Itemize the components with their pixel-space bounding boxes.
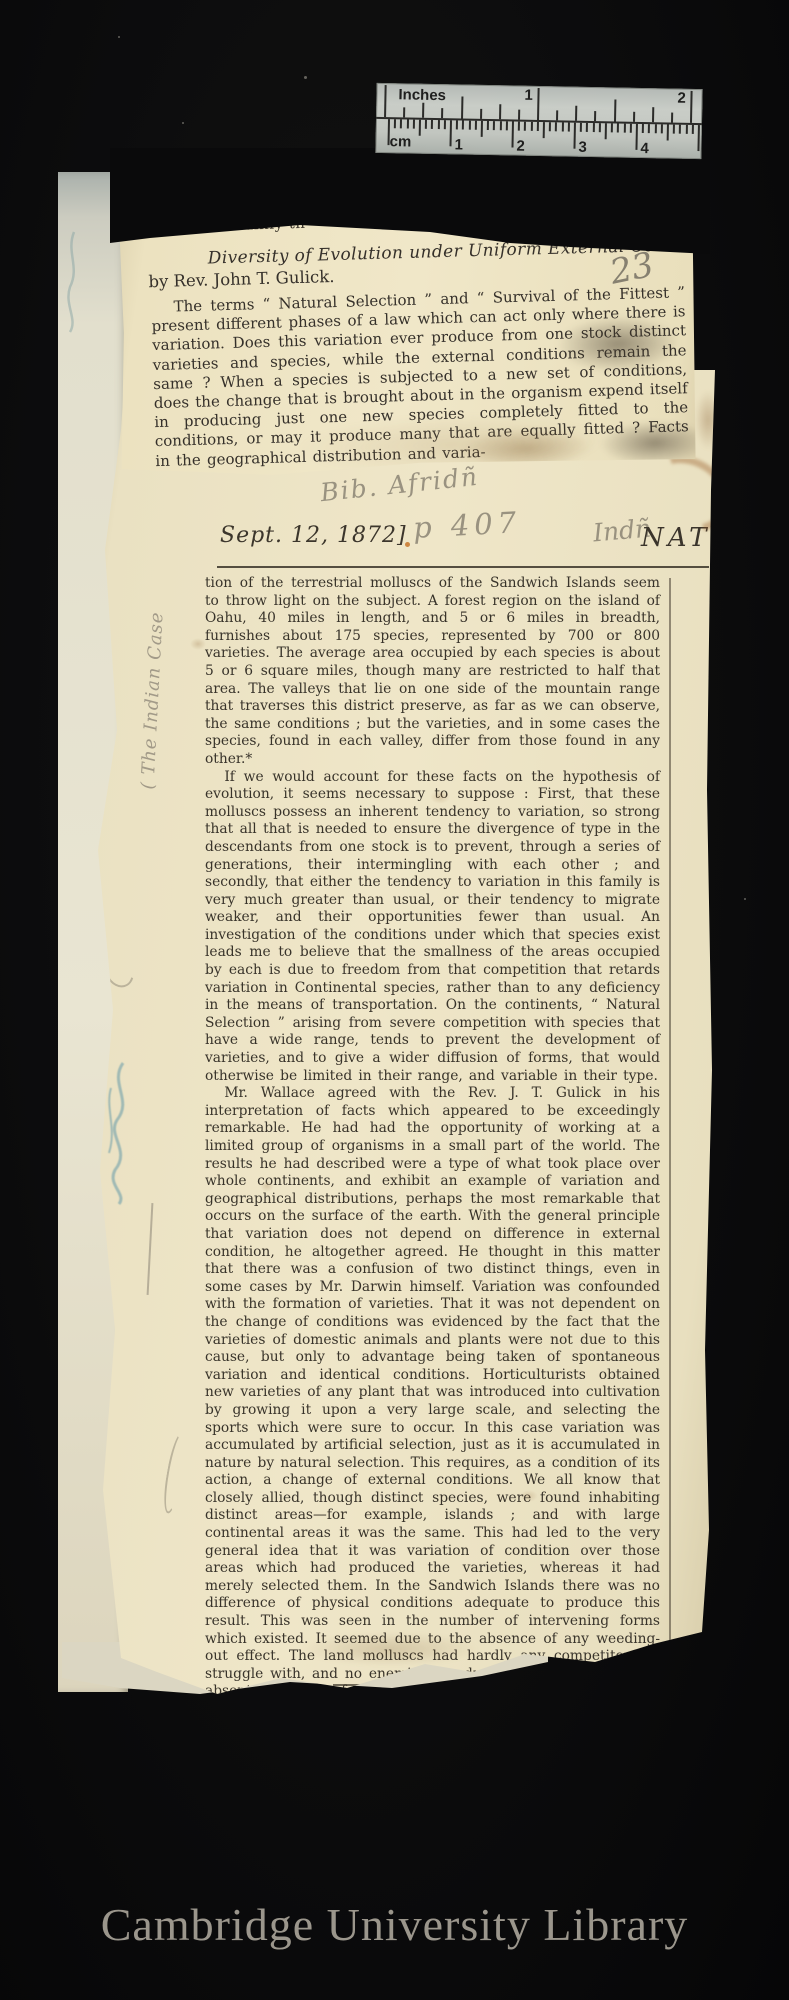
cm-tick [635,124,637,150]
cm-tick [530,122,532,131]
article-body: tion of the terrestrial molluscs of the … [205,575,660,1754]
cm-tick [661,124,663,133]
cm-tick [617,124,619,133]
cm-tick [586,123,588,132]
cm-tick [573,123,575,149]
inch-tick [537,88,540,120]
inch-tick [633,112,635,122]
ruler: Inches cm 1212345 [375,83,702,159]
pencil-page-number: p 407 [412,505,522,545]
foxing-spot [190,638,206,650]
inch-tick [614,99,616,121]
cm-tick [537,122,539,131]
inch-tick [422,103,424,118]
cm-tick [623,124,625,133]
cm-tick [580,123,582,132]
cm-tick [493,121,495,130]
inch-tick [461,96,463,118]
cm-tick [685,125,687,134]
inch-tick [594,111,596,121]
library-caption: Cambridge University Library [0,1898,789,1951]
cm-tick [642,124,644,133]
cm-number: 4 [640,140,649,157]
cm-tick [406,119,408,128]
cm-tick [599,123,601,132]
dust-speck [182,122,184,124]
dust-speck [304,76,307,79]
inch-tick [652,107,654,122]
dust-speck [118,36,120,38]
body-paragraph: If we would account for these facts on t… [205,769,660,1086]
cm-tick [413,120,415,129]
cm-tick [692,125,694,134]
cm-tick [667,124,669,140]
inch-tick [384,85,387,117]
cm-tick [431,120,433,129]
inch-tick [556,110,558,120]
header-date: Sept. 12, 1872] [220,523,407,548]
inch-tick [403,107,405,117]
cm-tick [481,121,483,137]
cm-tick [499,121,501,130]
ink-dot [405,542,410,547]
inch-tick [480,109,482,119]
body-paragraph: tion of the terrestrial molluscs of the … [205,575,660,769]
cm-tick [456,120,458,129]
cm-tick [425,120,427,129]
blue-pencil-marks [60,227,90,337]
cm-tick [524,122,526,131]
article-byline: by Rev. John T. Gulick. [148,267,335,291]
cm-tick [611,123,613,132]
cm-number: 3 [578,139,587,156]
cm-tick [400,119,402,128]
ruler-cm-label: cm [389,133,411,150]
cm-tick [630,124,632,133]
cm-tick [437,120,439,129]
cm-tick [468,121,470,130]
inch-tick [441,108,443,118]
cm-number: 1 [454,136,463,153]
cm-tick [444,120,446,129]
cm-tick [605,123,607,139]
pencil-stroke [147,1203,154,1295]
inch-tick [575,106,577,121]
cm-number: 2 [516,138,525,155]
inch-tick [671,113,673,123]
column-rule [669,578,671,1640]
inch-number: 2 [677,90,686,107]
inch-tick [499,104,501,119]
cm-tick [673,125,675,134]
cm-tick [555,122,557,131]
cm-tick [697,125,699,151]
cm-tick [475,121,477,130]
cm-tick [462,121,464,130]
cm-tick [449,120,451,146]
dust-speck [744,898,746,900]
cm-tick [679,125,681,134]
cm-tick [654,124,656,133]
masthead-fragment: NAT [641,523,710,553]
cm-tick [394,119,396,128]
cm-tick [506,121,508,130]
pencil-stroke [160,1431,190,1515]
inch-tick [518,110,520,120]
cm-tick [568,123,570,132]
cm-tick [419,120,421,136]
cm-tick [549,122,551,131]
cm-tick [561,122,563,131]
cm-tick [511,121,513,147]
cm-tick [487,121,489,130]
body-paragraph: Mr. Wallace agreed with the Rev. J. T. G… [205,1085,660,1754]
inch-number: 1 [524,87,533,104]
margin-note-vertical: ( The Indian Case [136,593,168,809]
cm-tick [592,123,594,132]
header-rule [217,566,709,568]
ruler-inches-label: Inches [398,86,446,104]
main-clipping: Bib. Afridñ Sept. 12, 1872] p 407 Indñ N… [95,370,715,1700]
cm-tick [648,124,650,133]
cm-tick [518,122,520,131]
cm-tick [543,122,545,138]
inch-tick [690,91,693,123]
clipping-body-text: The terms “ Natural Selection ” and “ Su… [151,283,690,471]
